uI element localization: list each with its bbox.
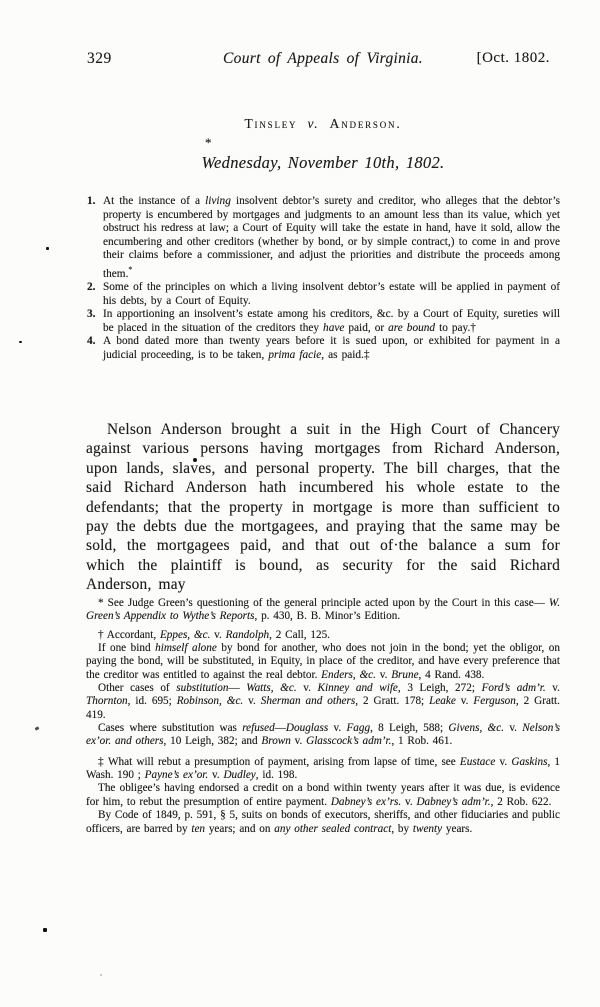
headnote-text: In apportioning an insolvent’s estate am… xyxy=(103,308,560,334)
footnote-dagger-cont-1: If one bind himself alone by bond for an… xyxy=(86,642,560,682)
headnote-item-3: 3. In apportioning an insolvent’s estate… xyxy=(86,308,560,335)
headnote-item-2: 2. Some of the principles on which a liv… xyxy=(86,281,560,308)
running-header-term: [Oct. 1802. xyxy=(477,50,550,67)
ink-speck xyxy=(193,458,197,462)
hearing-date-line: Wednesday, November 10th, 1802. xyxy=(86,153,560,173)
ink-speck xyxy=(100,974,102,976)
headnote-text: At the instance of a living insolvent de… xyxy=(103,195,560,280)
headnote-number: 2. xyxy=(87,281,95,295)
headnote-item-4: 4. A bond dated more than twenty years b… xyxy=(86,335,560,362)
footnote-double-dagger-cont-1: The obligee’s having endorsed a credit o… xyxy=(86,782,560,809)
ink-speck xyxy=(43,928,47,932)
footnote-dagger-cont-3: Cases where substitution was refused—Dou… xyxy=(86,722,560,749)
footnote-star: * See Judge Green’s questioning of the g… xyxy=(86,597,560,624)
ink-speck xyxy=(19,341,22,343)
footnote-double-dagger: ‡ What will rebut a presumption of payme… xyxy=(86,756,560,783)
case-title: Tinsley v. Anderson. xyxy=(86,116,560,132)
headnote-number: 1. xyxy=(87,195,95,209)
ink-speck xyxy=(35,726,40,730)
book-page: 329 Court of Appeals of Virginia. [Oct. … xyxy=(0,0,600,1007)
headnote-number: 4. xyxy=(87,335,95,349)
opinion-opening-paragraph: Nelson Anderson brought a suit in the Hi… xyxy=(86,420,560,595)
footnote-double-dagger-cont-2: By Code of 1849, p. 591, § 5, suits on b… xyxy=(86,809,560,836)
headnote-number: 3. xyxy=(87,308,95,322)
ink-speck xyxy=(46,247,49,250)
stray-asterisk-mark: * xyxy=(205,135,212,151)
footnote-block: * See Judge Green’s questioning of the g… xyxy=(86,597,560,836)
headnote-list: 1. At the instance of a living insolvent… xyxy=(86,195,560,362)
headnote-text: Some of the principles on which a living… xyxy=(103,281,560,307)
running-header: 329 Court of Appeals of Virginia. [Oct. … xyxy=(86,50,560,70)
footnote-dagger: † Accordant, Eppes, &c. v. Randolph, 2 C… xyxy=(86,629,560,642)
footnote-dagger-cont-2: Other cases of substitution— Watts, &c. … xyxy=(86,682,560,722)
headnote-item-1: 1. At the instance of a living insolvent… xyxy=(86,195,560,281)
headnote-text: A bond dated more than twenty years befo… xyxy=(103,335,560,361)
